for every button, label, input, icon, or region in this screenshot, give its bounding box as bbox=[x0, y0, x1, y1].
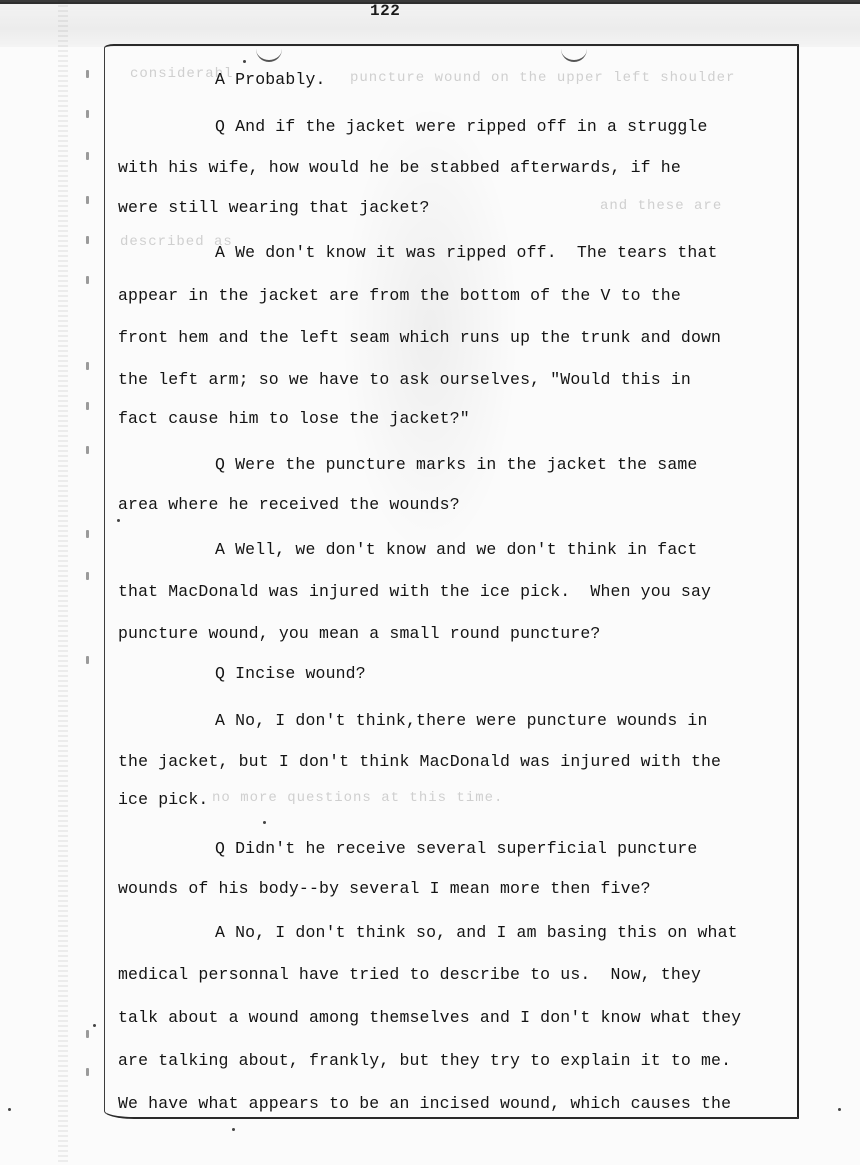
transcript-line: A We don't know it was ripped off. The t… bbox=[215, 243, 718, 263]
transcript-line: We have what appears to be an incised wo… bbox=[118, 1094, 731, 1114]
transcript-line: medical personnal have tried to describe… bbox=[118, 965, 701, 985]
transcript-line: the left arm; so we have to ask ourselve… bbox=[118, 370, 691, 390]
margin-mark bbox=[86, 236, 89, 244]
transcript-line: appear in the jacket are from the bottom… bbox=[118, 286, 681, 306]
scan-speck bbox=[838, 1108, 841, 1111]
scan-speck bbox=[263, 821, 266, 824]
transcript-line: talk about a wound among themselves and … bbox=[118, 1008, 741, 1028]
transcript-line: front hem and the left seam which runs u… bbox=[118, 328, 721, 348]
transcript-line: wounds of his body--by several I mean mo… bbox=[118, 879, 651, 899]
margin-mark bbox=[86, 656, 89, 664]
margin-mark bbox=[86, 530, 89, 538]
scan-top-rule bbox=[0, 2, 860, 4]
transcript-line: Q Incise wound? bbox=[215, 664, 366, 684]
transcript-line: A Probably. bbox=[215, 70, 326, 90]
bleed-through-text: no more questions at this time. bbox=[212, 790, 503, 806]
bleed-through-text: puncture wound on the upper left shoulde… bbox=[350, 70, 735, 86]
transcript-line: Q And if the jacket were ripped off in a… bbox=[215, 117, 708, 137]
margin-mark bbox=[86, 362, 89, 370]
margin-mark bbox=[86, 276, 89, 284]
transcript-line: with his wife, how would he be stabbed a… bbox=[118, 158, 681, 178]
transcript-line: that MacDonald was injured with the ice … bbox=[118, 582, 711, 602]
transcript-line: area where he received the wounds? bbox=[118, 495, 460, 515]
transcript-line: were still wearing that jacket? bbox=[118, 198, 430, 218]
page-number: 122 bbox=[370, 2, 400, 20]
margin-mark bbox=[86, 110, 89, 118]
scan-speck bbox=[243, 60, 246, 63]
margin-mark bbox=[86, 1030, 89, 1038]
margin-mark bbox=[86, 572, 89, 580]
transcript-line: Q Didn't he receive several superficial … bbox=[215, 839, 697, 859]
bleed-through-text: and these are bbox=[600, 198, 722, 214]
margin-mark bbox=[86, 1068, 89, 1076]
binding-strip bbox=[58, 0, 68, 1165]
scan-speck bbox=[93, 1024, 96, 1027]
transcript-line: fact cause him to lose the jacket?" bbox=[118, 409, 470, 429]
scan-speck bbox=[232, 1128, 235, 1131]
margin-mark bbox=[86, 196, 89, 204]
transcript-line: A No, I don't think so, and I am basing … bbox=[215, 923, 738, 943]
transcript-line: are talking about, frankly, but they try… bbox=[118, 1051, 731, 1071]
scan-speck bbox=[8, 1108, 11, 1111]
transcript-line: the jacket, but I don't think MacDonald … bbox=[118, 752, 721, 772]
scan-speck bbox=[117, 519, 120, 522]
margin-mark bbox=[86, 402, 89, 410]
margin-mark bbox=[86, 70, 89, 78]
transcript-line: Q Were the puncture marks in the jacket … bbox=[215, 455, 697, 475]
transcript-line: ice pick. bbox=[118, 790, 208, 810]
transcript-line: puncture wound, you mean a small round p… bbox=[118, 624, 600, 644]
margin-mark bbox=[86, 152, 89, 160]
scan-top-band bbox=[0, 0, 860, 47]
margin-mark bbox=[86, 446, 89, 454]
transcript-line: A Well, we don't know and we don't think… bbox=[215, 540, 697, 560]
transcript-line: A No, I don't think,there were puncture … bbox=[215, 711, 708, 731]
